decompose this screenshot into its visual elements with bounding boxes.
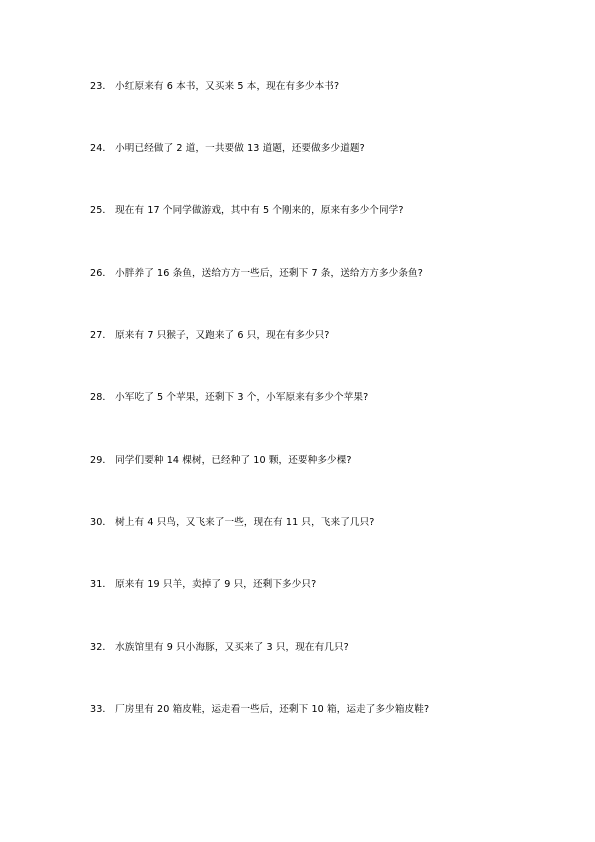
question-31: 31．原来有 19 只羊，卖掉了 9 只，还剩下多少只?	[90, 579, 316, 591]
question-text: 小明已经做了 2 道，一共要做 13 道题，还要做多少道题?	[115, 143, 365, 154]
question-33: 33．厂房里有 20 箱皮鞋，运走看一些后，还剩下 10 箱，运走了多少箱皮鞋?	[90, 704, 429, 716]
question-number: 28．	[90, 392, 112, 403]
question-text: 同学们要种 14 棵树，已经种了 10 颗，还要种多少棵?	[115, 455, 351, 466]
question-number: 24．	[90, 143, 112, 154]
question-number: 26．	[90, 268, 112, 279]
question-25: 25．现在有 17 个同学做游戏，其中有 5 个刚来的，原来有多少个同学?	[90, 205, 404, 217]
question-24: 24．小明已经做了 2 道，一共要做 13 道题，还要做多少道题?	[90, 143, 365, 155]
question-text: 厂房里有 20 箱皮鞋，运走看一些后，还剩下 10 箱，运走了多少箱皮鞋?	[115, 704, 429, 715]
question-26: 26．小胖养了 16 条鱼，送给方方一些后，还剩下 7 条，送给方方多少条鱼?	[90, 268, 423, 280]
question-23: 23．小红原来有 6 本书，又买来 5 本，现在有多少本书?	[90, 81, 339, 93]
question-number: 33．	[90, 704, 112, 715]
question-text: 水族馆里有 9 只小海豚，又买来了 3 只，现在有几只?	[115, 642, 349, 653]
question-text: 现在有 17 个同学做游戏，其中有 5 个刚来的，原来有多少个同学?	[115, 205, 403, 216]
question-text: 小红原来有 6 本书，又买来 5 本，现在有多少本书?	[115, 81, 339, 92]
question-text: 原来有 7 只猴子，又跑来了 6 只，现在有多少只?	[115, 330, 329, 341]
question-number: 29．	[90, 455, 112, 466]
question-text: 小军吃了 5 个苹果，还剩下 3 个，小军原来有多少个苹果?	[115, 392, 368, 403]
question-text: 树上有 4 只鸟，又飞来了一些，现在有 11 只，飞来了几只?	[115, 517, 374, 528]
question-number: 27．	[90, 330, 112, 341]
question-number: 25．	[90, 205, 112, 216]
question-28: 28．小军吃了 5 个苹果，还剩下 3 个，小军原来有多少个苹果?	[90, 392, 368, 404]
question-number: 23．	[90, 81, 112, 92]
question-number: 32．	[90, 642, 112, 653]
question-32: 32．水族馆里有 9 只小海豚，又买来了 3 只，现在有几只?	[90, 642, 349, 654]
question-number: 30．	[90, 517, 112, 528]
question-29: 29．同学们要种 14 棵树，已经种了 10 颗，还要种多少棵?	[90, 455, 352, 467]
question-number: 31．	[90, 579, 112, 590]
question-27: 27．原来有 7 只猴子，又跑来了 6 只，现在有多少只?	[90, 330, 330, 342]
question-30: 30．树上有 4 只鸟，又飞来了一些，现在有 11 只，飞来了几只?	[90, 517, 374, 529]
question-text: 原来有 19 只羊，卖掉了 9 只，还剩下多少只?	[115, 579, 316, 590]
document-page: 23．小红原来有 6 本书，又买来 5 本，现在有多少本书? 24．小明已经做了…	[0, 0, 595, 842]
question-text: 小胖养了 16 条鱼，送给方方一些后，还剩下 7 条，送给方方多少条鱼?	[115, 268, 423, 279]
